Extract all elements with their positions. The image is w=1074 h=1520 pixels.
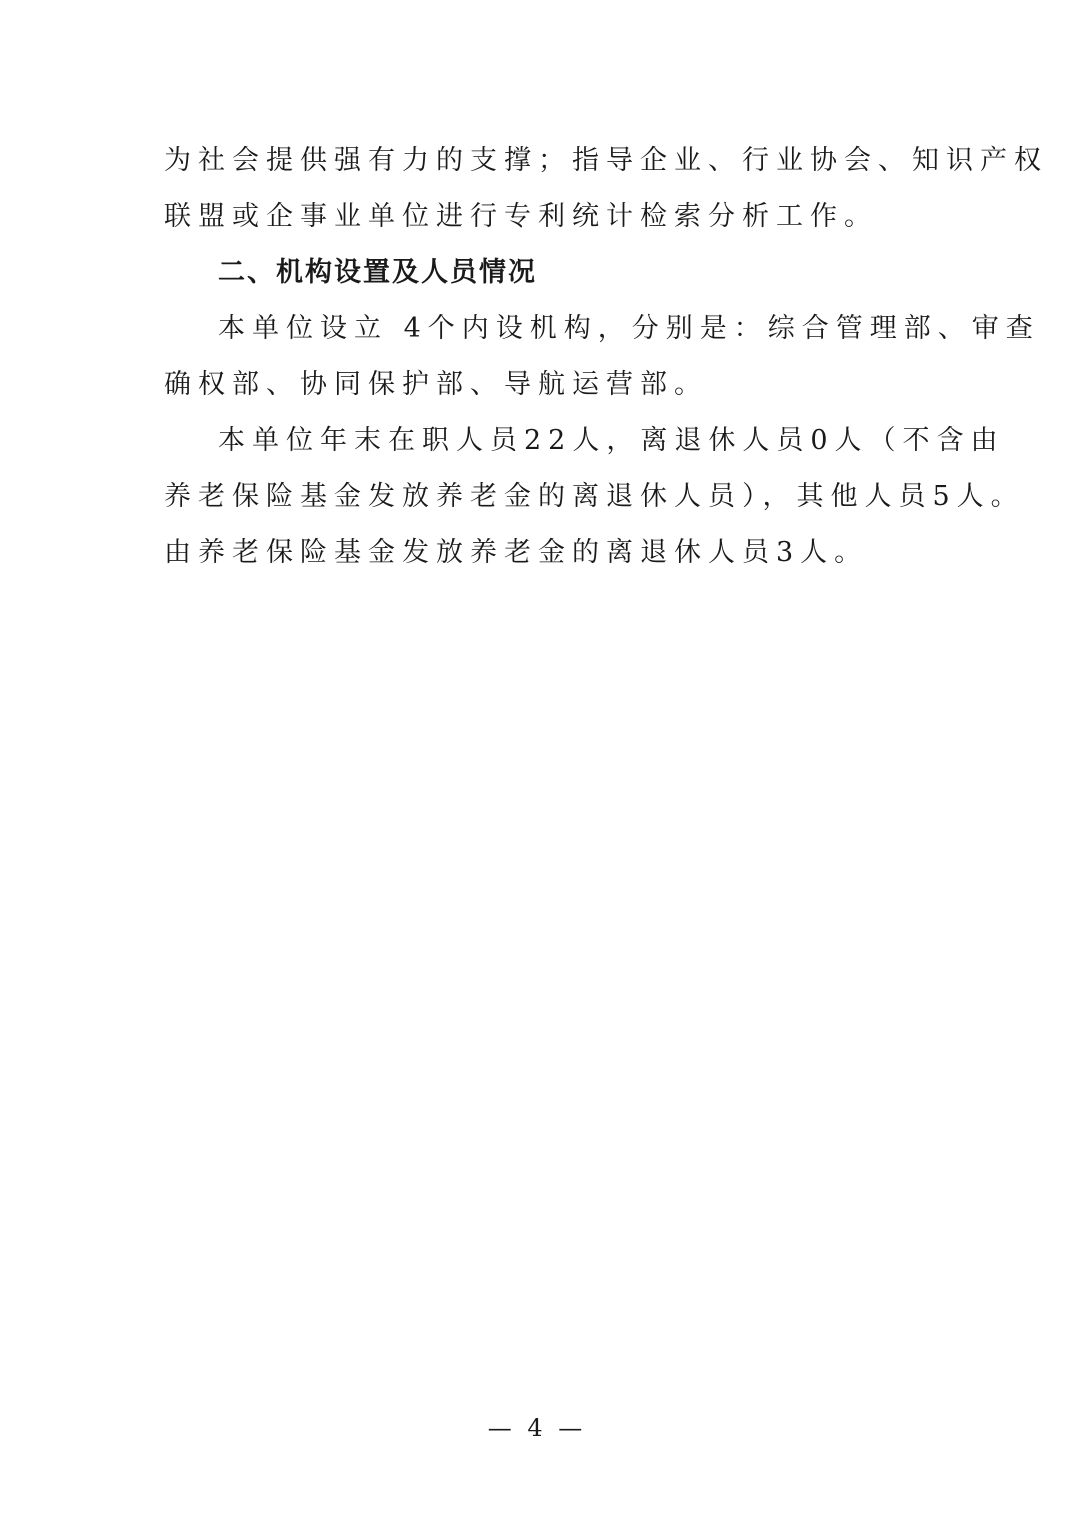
body-text-line: 养老保险基金发放养老金的离退休人员），其他人员5人。 [164, 477, 914, 517]
body-text-line: 确权部、协同保护部、导航运营部。 [164, 365, 914, 405]
body-text-line: 本单位年末在职人员22人，离退休人员0人（不含由 [218, 421, 914, 461]
page-number: — 4 — [0, 1408, 1074, 1448]
body-text-line: 联盟或企事业单位进行专利统计检索分析工作。 [164, 197, 914, 237]
body-text-line: 本单位设立 4个内设机构，分别是：综合管理部、审查 [218, 309, 914, 349]
body-text-line: 为社会提供强有力的支撑；指导企业、行业协会、知识产权 [164, 141, 914, 181]
body-text-line: 由养老保险基金发放养老金的离退休人员3人。 [164, 533, 914, 573]
section-heading: 二、机构设置及人员情况 [218, 253, 914, 293]
